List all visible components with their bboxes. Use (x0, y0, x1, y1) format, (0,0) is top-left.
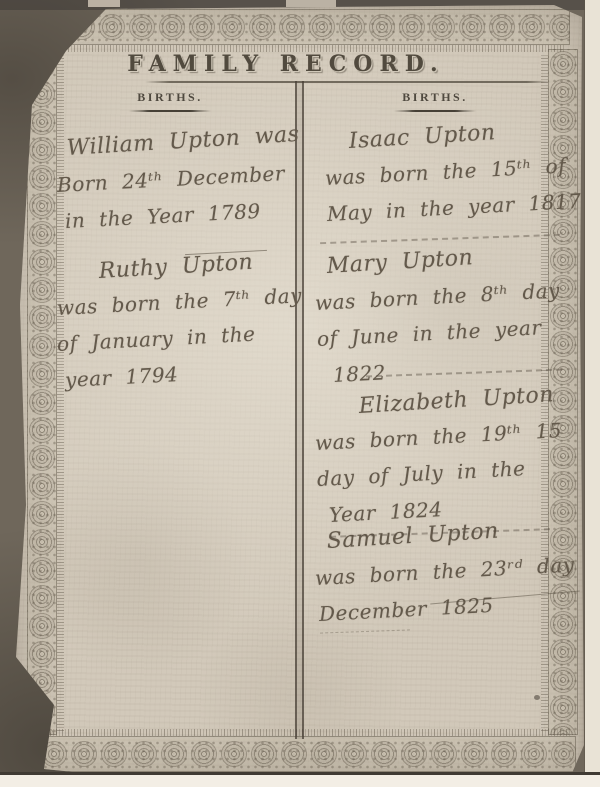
ornamental-border-top (36, 9, 570, 45)
border-tick-row-bottom (44, 729, 570, 736)
scanned-document: FAMILY RECORD. BIRTHS. BIRTHS. William U… (0, 0, 600, 787)
scan-edge-bottom (0, 772, 600, 787)
birth-entry-samuel-upton: Samuel Upton was born the 23ʳᵈ day Decem… (314, 524, 576, 632)
left-header-rule (128, 110, 212, 112)
scan-edge-right (584, 0, 600, 787)
right-column-header: BIRTHS. (355, 90, 515, 105)
ornamental-border-bottom (38, 736, 576, 772)
paper-tab (88, 0, 120, 7)
ornamental-border-left (27, 51, 57, 735)
ink-stain (534, 695, 540, 700)
family-record-page: FAMILY RECORD. BIRTHS. BIRTHS. William U… (14, 5, 584, 775)
left-column-header: BIRTHS. (90, 90, 250, 105)
birth-entry-william-upton: William Upton was Born 24ᵗʰ December in … (58, 131, 301, 239)
title-rule (145, 81, 551, 83)
birth-entry-ruthy-upton: Ruthy Upton was born the 7ᵗʰ day of Janu… (58, 254, 303, 398)
paper-tab (286, 0, 336, 7)
right-header-rule (393, 110, 477, 112)
page-title: FAMILY RECORD. (14, 51, 558, 77)
birth-entry-isaac-upton: Isaac Upton was born the 15ᵗʰ of May in … (322, 124, 583, 232)
